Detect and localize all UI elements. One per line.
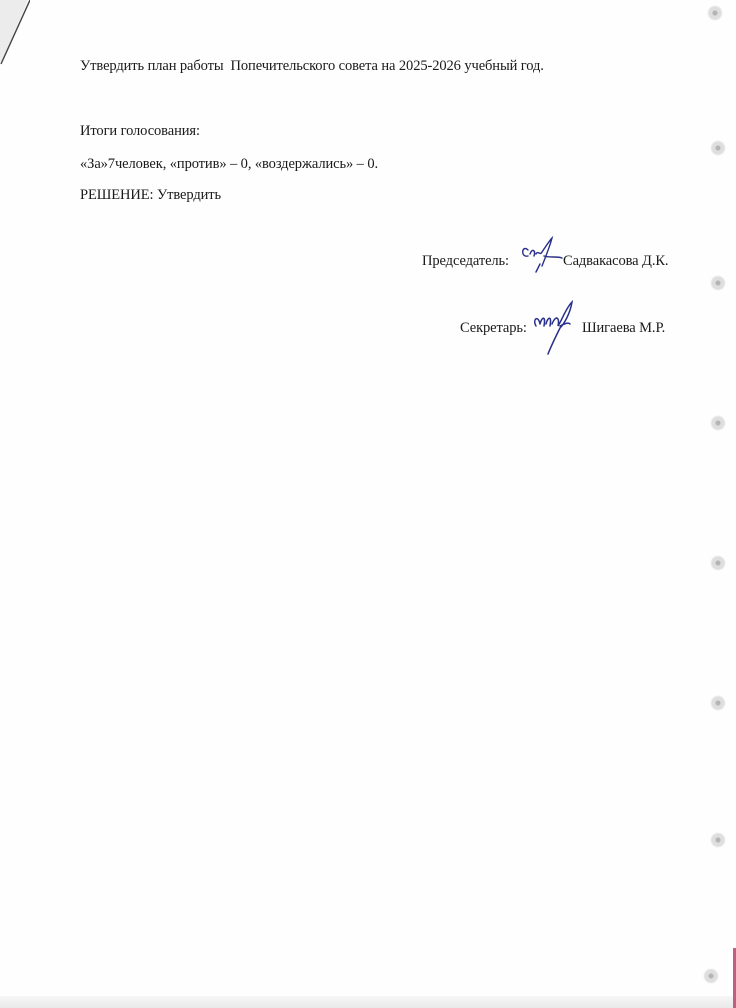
page-bottom-edge	[0, 996, 736, 1008]
chairperson-signature	[516, 236, 564, 276]
resolution-text: Утвердить план работы Попечительского со…	[80, 58, 544, 75]
secretary-role-label: Секретарь:	[460, 320, 527, 337]
chairperson-role-label: Председатель:	[422, 253, 509, 270]
decision-text: РЕШЕНИЕ: Утвердить	[80, 187, 221, 204]
chairperson-name: Садвакасова Д.К.	[563, 253, 668, 270]
secretary-name: Шигаева М.Р.	[582, 320, 665, 337]
folded-corner-mark	[0, 0, 30, 70]
secretary-signature	[530, 298, 580, 358]
scanned-document-page: Утвердить план работы Попечительского со…	[0, 0, 736, 1008]
voting-result: «За»7человек, «против» – 0, «воздержалис…	[80, 156, 378, 173]
voting-heading: Итоги голосования:	[80, 123, 200, 140]
